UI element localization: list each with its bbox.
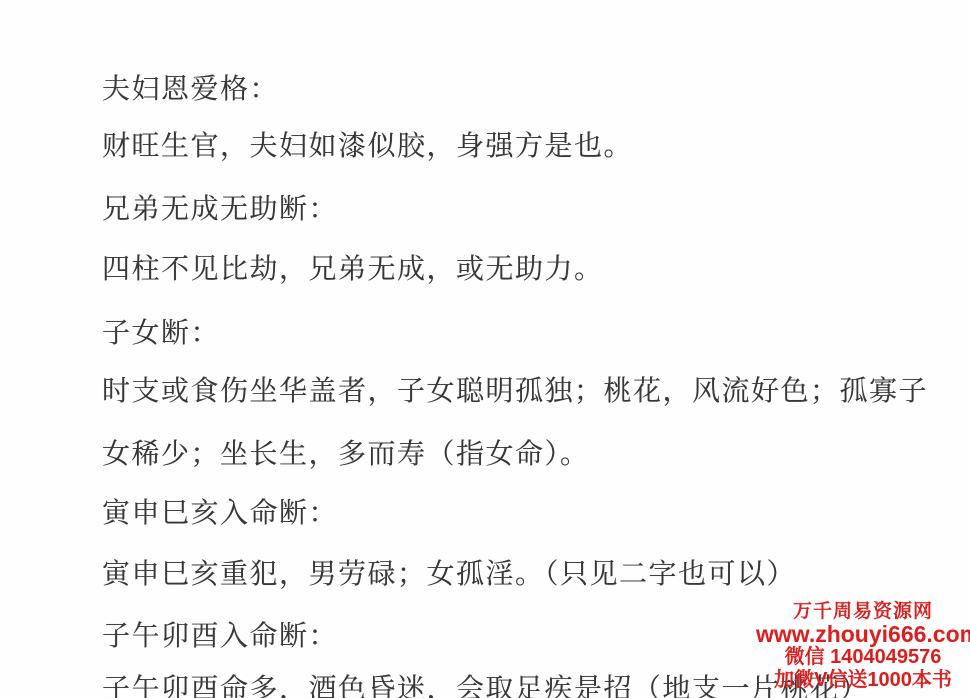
scanned-book-page: 夫妇恩爱格： 财旺生官，夫妇如漆似胶，身强方是也。 兄弟无成无助断： 四柱不见比… bbox=[0, 0, 970, 698]
body-text-line-clipped: 子午卯酉命多，酒色昏迷，会取足疾是招（地支一片桃花） bbox=[102, 676, 869, 698]
section-heading-couple-love: 夫妇恩爱格： bbox=[102, 76, 279, 104]
body-text-line: 寅申巳亥重犯，男劳碌；女孤淫。（只见二字也可以） bbox=[102, 561, 796, 589]
section-heading-yin-shen-si-hai: 寅申巳亥入命断： bbox=[102, 500, 338, 528]
body-text-line: 时支或食伤坐华盖者，子女聪明孤独；桃花，风流好色；孤寡子 bbox=[102, 378, 928, 406]
watermark-promo-text: 加微V信送1000本书 bbox=[756, 669, 970, 692]
watermark-url: www.zhouyi666.com bbox=[756, 623, 970, 646]
section-heading-zi-wu-mao-you: 子午卯酉入命断： bbox=[102, 623, 338, 651]
body-text-line: 四柱不见比劫，兄弟无成，或无助力。 bbox=[102, 256, 604, 284]
section-heading-children: 子女断： bbox=[102, 320, 220, 348]
section-heading-brothers: 兄弟无成无助断： bbox=[102, 196, 338, 224]
body-text-line: 女稀少；坐长生，多而寿（指女命）。 bbox=[102, 441, 590, 469]
watermark-block: 万千周易资源网 www.zhouyi666.com 微信 1404049576 … bbox=[756, 600, 970, 692]
watermark-wechat-id: 微信 1404049576 bbox=[756, 646, 970, 669]
watermark-site-name: 万千周易资源网 bbox=[756, 600, 970, 623]
body-text-line: 财旺生官，夫妇如漆似胶，身强方是也。 bbox=[102, 133, 633, 161]
